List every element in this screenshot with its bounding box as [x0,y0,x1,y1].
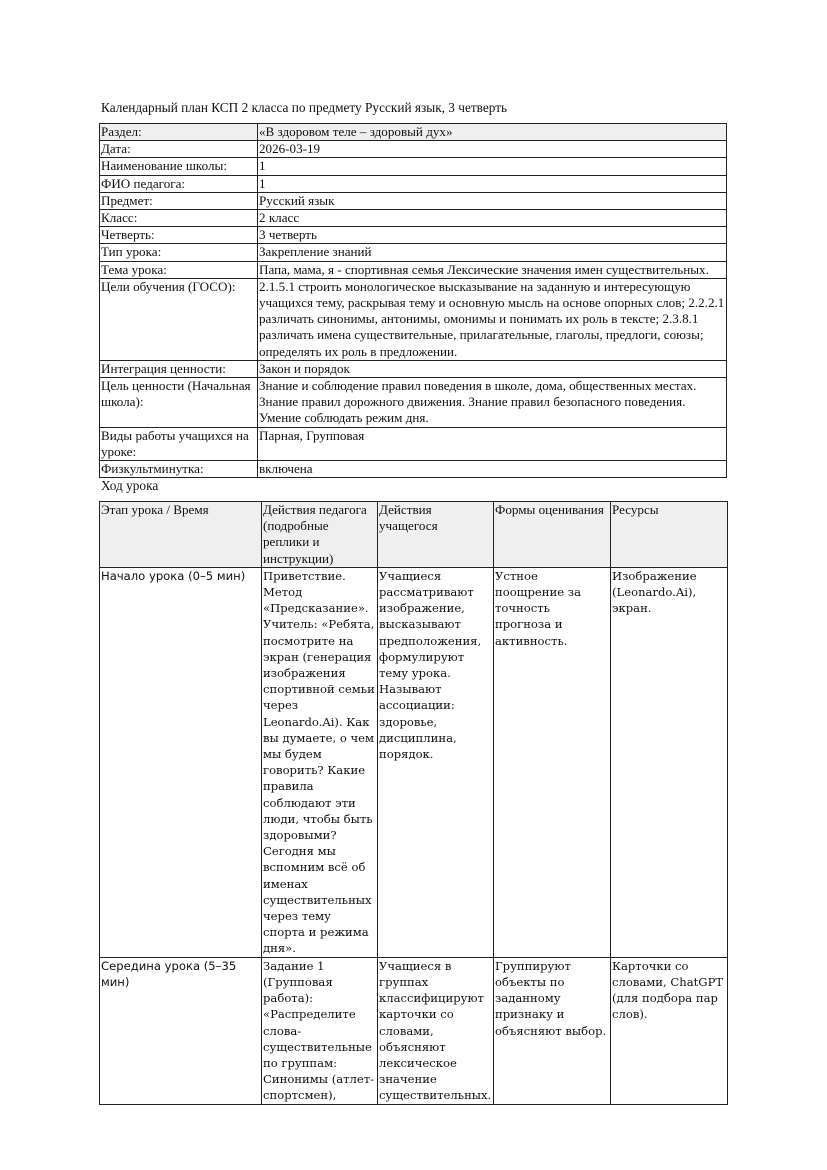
info-value: 2 класс [258,210,727,227]
info-value: Закон и порядок [258,360,727,377]
lesson-info-table: Раздел: «В здоровом теле – здоровый дух»… [99,123,727,478]
info-row-grade: Класс: 2 класс [100,210,727,227]
lesson-table-header: Этап урока / Время Действия педагога (по… [100,502,728,568]
document-title: Календарный план КСП 2 класса по предмет… [101,100,507,116]
info-label: Тема урока: [100,261,258,278]
cell-assessment: Группируют объекты по заданному признаку… [494,957,611,1104]
info-value: Папа, мама, я - спортивная семья Лексиче… [258,261,727,278]
cell-resources: Карточки со словами, ChatGPT (для подбор… [611,957,728,1104]
info-value: 2.1.5.1 строить монологическое высказыва… [258,278,727,360]
info-label: Интеграция ценности: [100,360,258,377]
cell-student-actions: Учащиеся в группах классифицируют карточ… [378,957,494,1104]
column-header-resources: Ресурсы [611,502,728,568]
column-header-stage: Этап урока / Время [100,502,262,568]
column-header-assessment: Формы оценивания [494,502,611,568]
table-row: Начало урока (0–5 мин) Приветствие. Мето… [100,567,728,957]
info-label: Предмет: [100,192,258,209]
info-label: Цели обучения (ГОСО): [100,278,258,360]
info-value: Знание и соблюдение правил поведения в ш… [258,378,727,428]
info-value: 3 четверть [258,227,727,244]
info-label: Четверть: [100,227,258,244]
cell-resources: Изображение (Leonardo.Ai), экран. [611,567,728,957]
column-header-teacher-actions: Действия педагога (подробные реплики и и… [262,502,378,568]
info-value: Парная, Групповая [258,427,727,460]
info-row-date: Дата: 2026-03-19 [100,141,727,158]
info-value: 1 [258,175,727,192]
info-row-topic: Тема урока: Папа, мама, я - спортивная с… [100,261,727,278]
info-row-quarter: Четверть: 3 четверть [100,227,727,244]
info-row-value-goal: Цель ценности (Начальная школа): Знание … [100,378,727,428]
info-row-subject: Предмет: Русский язык [100,192,727,209]
info-row-lesson-type: Тип урока: Закрепление знаний [100,244,727,261]
cell-student-actions: Учащиеся рассматривают изображение, выск… [378,567,494,957]
info-row-section: Раздел: «В здоровом теле – здоровый дух» [100,124,727,141]
cell-teacher-actions: Приветствие. Метод «Предсказание». Учите… [262,567,378,957]
cell-assessment: Устное поощрение за точность прогноза и … [494,567,611,957]
info-value: 1 [258,158,727,175]
info-label: ФИО педагога: [100,175,258,192]
info-row-work-types: Виды работы учащихся на уроке: Парная, Г… [100,427,727,460]
cell-stage: Середина урока (5–35 мин) [100,957,262,1104]
info-value: 2026-03-19 [258,141,727,158]
info-label: Класс: [100,210,258,227]
info-row-learning-goals: Цели обучения (ГОСО): 2.1.5.1 строить мо… [100,278,727,360]
column-header-student-actions: Действия учащегося [378,502,494,568]
cell-stage: Начало урока (0–5 мин) [100,567,262,957]
info-label: Раздел: [100,124,258,141]
info-label: Тип урока: [100,244,258,261]
info-row-physical-break: Физкультминутка: включена [100,461,727,478]
lesson-flow-heading: Ход урока [101,478,158,494]
info-value: включена [258,461,727,478]
table-row: Середина урока (5–35 мин) Задание 1 (Гру… [100,957,728,1104]
info-row-teacher: ФИО педагога: 1 [100,175,727,192]
info-row-school: Наименование школы: 1 [100,158,727,175]
info-label: Виды работы учащихся на уроке: [100,427,258,460]
info-label: Наименование школы: [100,158,258,175]
info-label: Цель ценности (Начальная школа): [100,378,258,428]
info-value: Русский язык [258,192,727,209]
lesson-flow-table: Этап урока / Время Действия педагога (по… [99,501,728,1105]
info-value: Закрепление знаний [258,244,727,261]
info-value: «В здоровом теле – здоровый дух» [258,124,727,141]
cell-teacher-actions: Задание 1 (Групповая работа): «Распредел… [262,957,378,1104]
info-label: Дата: [100,141,258,158]
info-label: Физкультминутка: [100,461,258,478]
info-row-value-integration: Интеграция ценности: Закон и порядок [100,360,727,377]
